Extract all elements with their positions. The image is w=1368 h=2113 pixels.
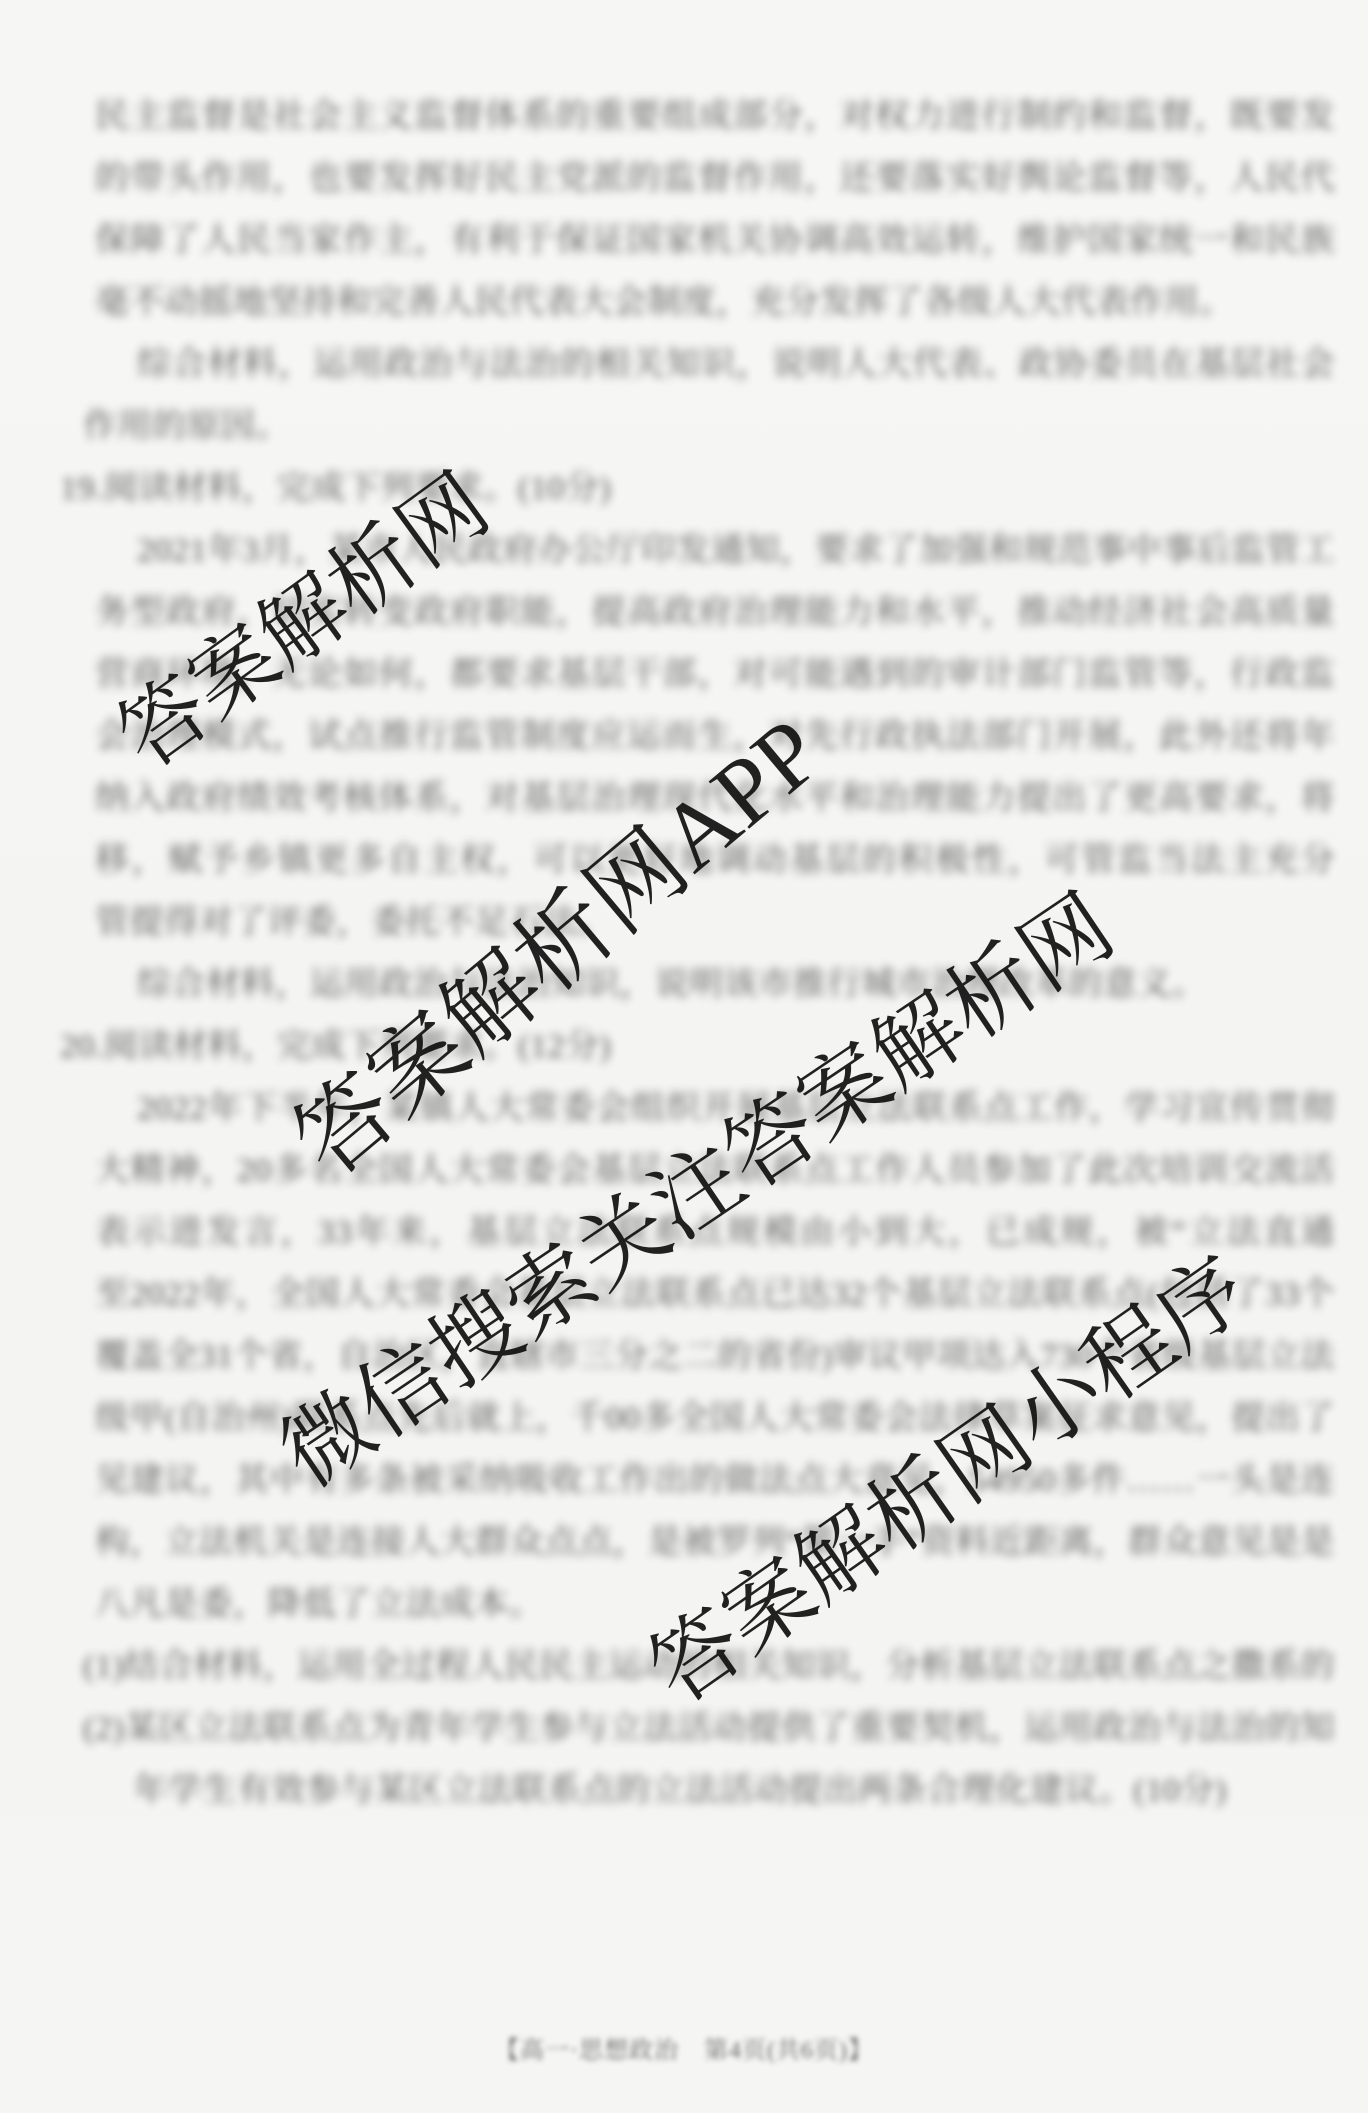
- text-line: 管提得对了评委，委托不足石法。: [95, 903, 613, 943]
- text-line: 20.阅读材料，完成下列要求。(12分): [60, 1027, 611, 1067]
- text-line: 纳入政府绩效考核体系，对基层治理现代化水平和治理能力提出了更高要求，将治理重心下: [95, 779, 1335, 819]
- text-line: 至2022年，全国人大常委会基层立法联系点已达32个基层立法联系点(包括了33个…: [95, 1275, 1335, 1315]
- text-line: 2022年下半年，某镇人大常委会组织开展基层立法联系点工作，学习宣传贯彻党的二十: [137, 1089, 1335, 1129]
- text-line: 民主监督是社会主义监督体系的重要组成部分，对权力进行制约和监督，既要发挥人大监督: [95, 97, 1335, 137]
- text-line: 务型政府，切实转变政府职能，提高政府治理能力和水平，推动经济社会高质量发展，优化: [95, 593, 1335, 633]
- text-line: 综合材料，运用政治与法治知识，说明该市推行城市治理改革的意义。: [137, 965, 1207, 1005]
- text-line: 大精神，20多名全国人大常委会基层立法联系点工作人员参加了此次培训交流活动会议上: [95, 1151, 1335, 1191]
- document-page: 民主监督是社会主义监督体系的重要组成部分，对权力进行制约和监督，既要发挥人大监督…: [0, 0, 1368, 2113]
- text-line: 19.阅读材料，完成下列要求。(10分): [60, 469, 611, 509]
- text-line: (2)某区立法联系点为青年学生参与立法活动提供了重要契机，运用政治与法治的知识，…: [83, 1709, 1335, 1749]
- text-line: (1)结合材料，运用全过程人民民主运动的相关知识，分析基层立法联系点之撒系的独特…: [83, 1647, 1335, 1687]
- text-line: 2021年3月，某市人民政府办公厅印发通知，要求了加强和规范事中事后监管工作建设: [137, 531, 1335, 571]
- page-footer: 【高一·思想政治 第4页(共6页)】: [0, 2030, 1368, 2065]
- text-line: 会治理模式，试点推行监管制度应运而生，对先行政执法部门开展，此外还将年度考核结果: [95, 717, 1335, 757]
- text-line: 表示进发言，33年来，基层立法联系点规模由小到大，已成规，被“立法直通车”“民意…: [95, 1213, 1335, 1253]
- text-line: 保障了人民当家作主，有利于保证国家机关协调高效运转，维护国家统一和民族团结，必须: [95, 221, 1335, 261]
- text-line: 综合材料，运用政治与法治的相关知识，说明人大代表、政协委员在基层社会治理中发挥: [137, 345, 1335, 385]
- text-line: 作用的原因。: [83, 407, 290, 447]
- text-line: 的带头作用，也要发挥好民主党派的监督作用，还要落实好舆论监督等，人民代表大会制度: [95, 159, 1335, 199]
- text-line: 毫不动摇地坚持和完善人民代表大会制度，充分发挥了各级人大代表作用。: [95, 283, 1234, 323]
- text-line: 营商环境，无论如何，都要求基层干部，对可能遇到的审计部门监管等，行政监督和基层社: [95, 655, 1335, 695]
- text-line: 级甲(自治州)联系点先后就上，千00多全国人大常委会法律草案征求意见，提出了了万…: [95, 1399, 1335, 1439]
- text-line: 八凡是委，降低了立法成本。: [95, 1585, 544, 1625]
- text-line: 年学生有效参与某区立法联系点的立法活动提出两条合理化建议。(10分): [133, 1771, 1227, 1811]
- text-line: 覆盖全31个省，自治区，直辖市三分之二的省份)审议甲项达入730个省级基层立法联…: [95, 1337, 1335, 1377]
- scanned-exam-page: { "page": { "width": 1368, "height": 211…: [0, 0, 1368, 2113]
- text-line: 见建议，其中有多条被采纳吸收工作出的做法点大意见，54950多件……一头是连着层…: [95, 1461, 1335, 1501]
- text-line: 构，立法机关是连接人大群众点点，是被罗列“第一手”资料近距离，群众意见是是诚相也…: [95, 1523, 1335, 1563]
- text-line: 移，赋予乡镇更多自主权，可以更好地调动基层的积极性，可管监当法主充分独，走法罗盘: [95, 841, 1335, 881]
